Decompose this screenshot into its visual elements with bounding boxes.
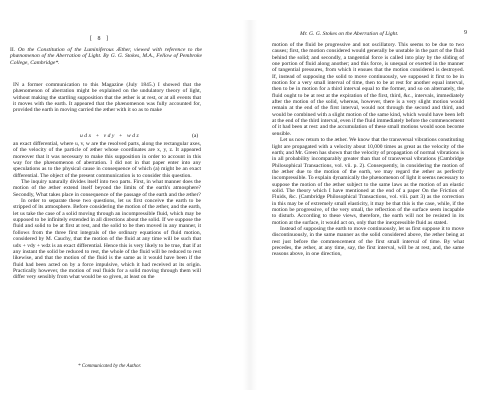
page-gutter: [243, 20, 257, 390]
paragraph: Let us now return to the æther. We know …: [272, 137, 464, 226]
equation-label: (a): [192, 133, 198, 139]
page-number-left: [ 8 ]: [90, 36, 110, 42]
paragraph: The inquiry naturally divides itself int…: [13, 179, 201, 198]
running-head: Mr. G. G. Stokes on the Aberration of Li…: [300, 31, 460, 37]
footnote: * Communicated by the Author.: [78, 364, 141, 369]
left-body-intro: IN a former communication to this Magazi…: [13, 82, 201, 114]
paragraph: an exact differential, where u, v, w are…: [13, 141, 201, 179]
right-body: motion of the fluid be progressive and n…: [272, 42, 464, 258]
paragraph: Instead of supposing the earth to move c…: [272, 226, 464, 258]
page-number-right: 9: [464, 30, 467, 36]
paragraph: motion of the fluid be progressive and n…: [272, 42, 464, 137]
equation: udx + vdy + wdz: [80, 133, 140, 139]
left-page: [ 8 ] II. On the Constitution of the Lum…: [10, 0, 200, 405]
left-body-main: an exact differential, where u, v, w are…: [13, 141, 201, 281]
paragraph: IN a former communication to this Magazi…: [13, 82, 201, 114]
article-title-block: II. On the Constitution of the Luminifer…: [10, 47, 202, 66]
paragraph: In order to separate these two questions…: [13, 198, 201, 280]
right-page: Mr. G. G. Stokes on the Aberration of Li…: [272, 0, 464, 405]
